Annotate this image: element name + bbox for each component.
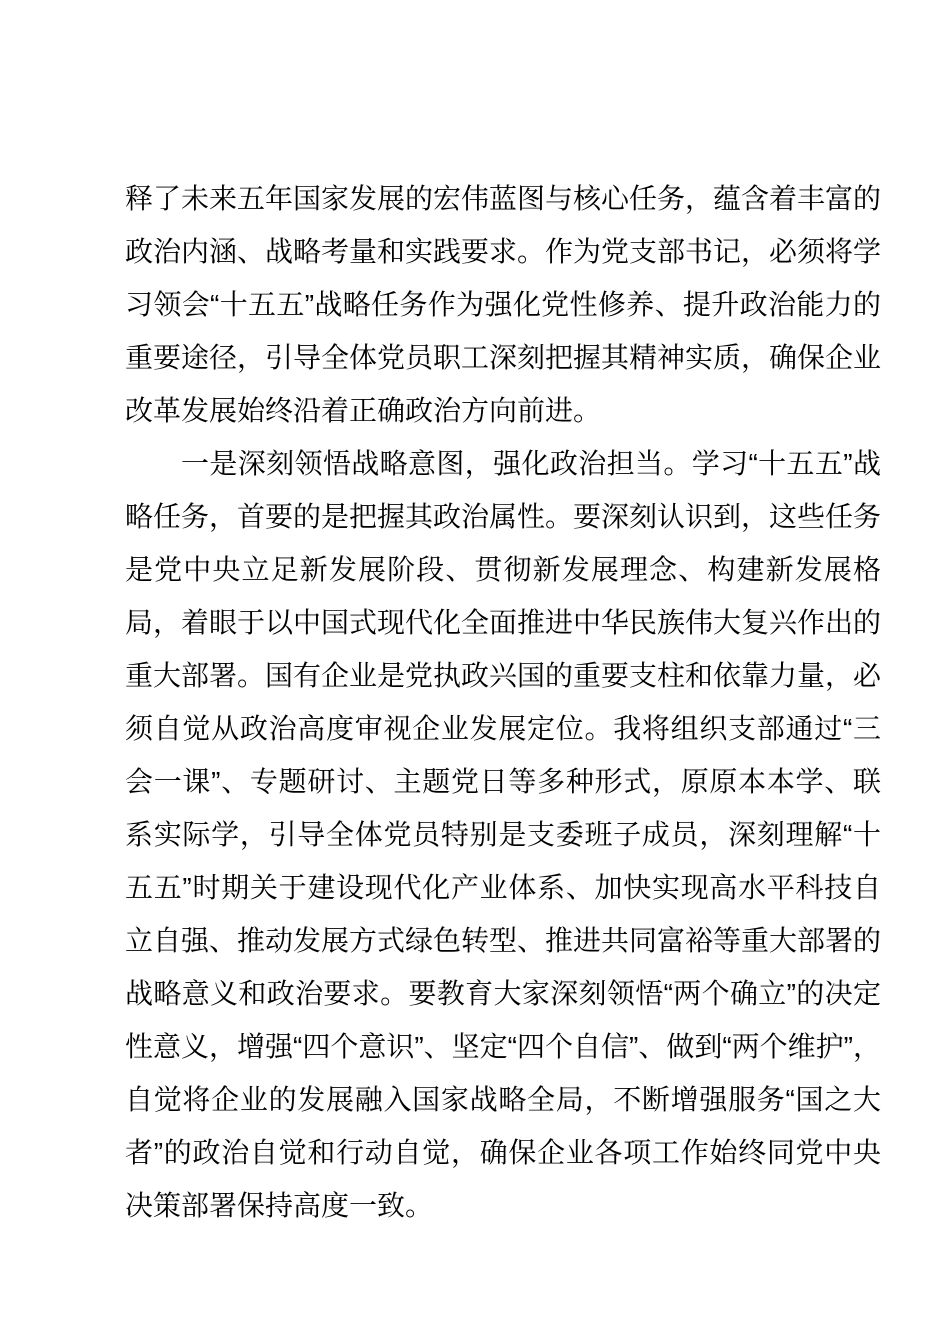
document-page: 释了未来五年国家发展的宏伟蓝图与核心任务，蕴含着丰富的政治内涵、战略考量和实践要… — [0, 0, 950, 1344]
paragraph-continuation: 释了未来五年国家发展的宏伟蓝图与核心任务，蕴含着丰富的政治内涵、战略考量和实践要… — [125, 172, 881, 437]
paragraph-point-one: 一是深刻领悟战略意图，强化政治担当。学习“十五五”战略任务，首要的是把握其政治属… — [125, 437, 881, 1232]
